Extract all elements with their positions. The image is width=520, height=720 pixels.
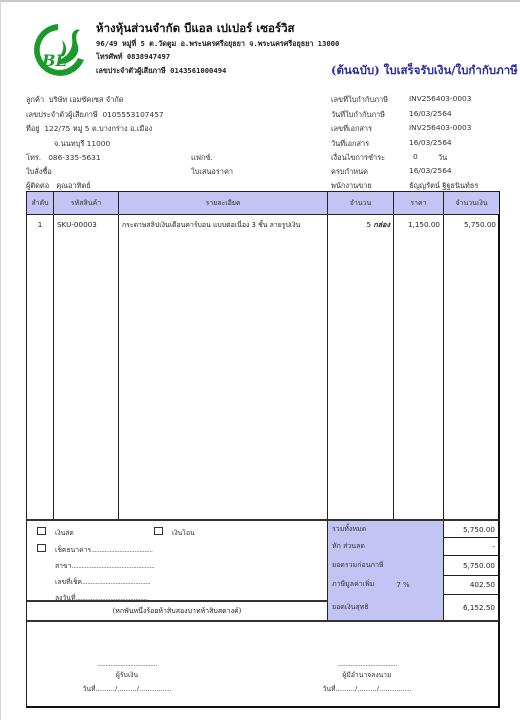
customer-address-line2: จ.นนทบุรี 11000 <box>54 138 110 150</box>
company-phone: โทรศัพท์ 0838947497 <box>96 52 170 63</box>
customer-tax-id: 0105553107457 <box>102 110 163 119</box>
summary-label-text: ยอดรวมก่อนภาษี <box>332 560 384 571</box>
cash-label: เงินสด <box>55 527 74 538</box>
col-divider <box>118 192 119 519</box>
receiver-signature: .................................... ผู้… <box>67 660 187 694</box>
authorized-signature: .................................... ผู้… <box>307 660 427 694</box>
col-divider <box>53 192 54 519</box>
signature-title: ผู้มีอำนาจลงนาม <box>307 669 427 680</box>
words-top-line <box>27 600 328 602</box>
row-qty-cell: 5 กล่อง <box>328 220 390 231</box>
customer-address-label: ที่อยู่ <box>26 124 40 133</box>
row-unit: กล่อง <box>373 220 390 229</box>
doc-info-unit: วัน <box>438 152 447 164</box>
amount-in-words: (หกพันหนึ่งร้อยห้าสิบสองบาทห้าสิบสตางค์) <box>27 606 327 617</box>
customer-tax-label: เลขประจำตัวผู้เสียภาษี <box>26 110 98 119</box>
cash-checkbox[interactable] <box>37 527 46 535</box>
header-qty: จำนวน <box>328 192 393 215</box>
customer-name: บริษัท เอมซัคเซส จำกัด <box>49 95 124 104</box>
summary-label: ยอดเงินสุทธิ <box>328 594 443 620</box>
summary-value: 402.50 <box>444 575 499 594</box>
vat-rate: 7 % <box>396 581 409 589</box>
doc-info-label: เงื่อนไขการชำระ <box>331 152 385 164</box>
row-price: 1,150.00 <box>394 220 440 229</box>
cheque-no-row: เลขที่เช็ค..............................… <box>55 576 150 587</box>
doc-info-label: วันที่เอกสาร <box>331 138 369 150</box>
company-address: 96/49 หมู่ที่ 5 ต.วัดตูม อ.พระนครศรีอยุธ… <box>96 39 339 50</box>
transfer-label: เงินโอน <box>172 527 195 538</box>
summary-value: 6,152.50 <box>444 594 499 620</box>
document-title: (ต้นฉบับ) ใบเสร็จรับเงิน/ใบกำกับภาษี <box>331 62 518 80</box>
summary-label-text: ยอดเงินสุทธิ <box>332 602 369 613</box>
summary-label: หัก ส่วนลด <box>328 537 443 555</box>
quote-label: ใบเสนอราคา <box>191 166 233 178</box>
doc-info-value: 16/03/2564 <box>409 166 452 175</box>
customer-address-row: ที่อยู่ 122/75 หมู่ 5 ต.บางกร่าง อ.เมือง <box>26 123 152 135</box>
doc-info-value: 16/03/2564 <box>409 109 452 118</box>
company-logo-icon: BL <box>28 20 90 78</box>
words-bottom-line <box>27 620 499 622</box>
company-name: ห้างหุ้นส่วนจำกัด บีแอล เปเปอร์ เซอร์วิส <box>96 20 295 38</box>
customer-tax-row: เลขประจำตัวผู้เสียภาษี 0105553107457 <box>26 109 164 121</box>
customer-phone: 086-335-5631 <box>48 153 100 162</box>
svg-text:BL: BL <box>41 51 67 70</box>
row-qty: 5 <box>367 220 372 229</box>
signature-line: .................................... <box>67 660 187 668</box>
row-no: 1 <box>27 220 53 229</box>
summary-label: ยอดรวมก่อนภาษี <box>328 555 443 575</box>
customer-address-line1: 122/75 หมู่ 5 ต.บางกร่าง อ.เมือง <box>44 124 152 133</box>
doc-info-value: 0 <box>413 152 418 161</box>
header-amount: จำนวนเงิน <box>444 192 499 215</box>
items-table: ลำดับ รหัสสินค้า รายละเอียด จำนวน ราคา จ… <box>26 191 500 708</box>
row-amount: 5,750.00 <box>444 220 496 229</box>
po-label: ใบสั่งซื้อ <box>26 166 52 178</box>
customer-phone-label: โทร. <box>26 153 41 162</box>
branch-row: สาขา....................................… <box>55 560 154 571</box>
branch-label: สาขา <box>55 562 71 570</box>
header-sku: รหัสสินค้า <box>54 192 118 215</box>
row-sku: SKU-00003 <box>57 220 97 229</box>
summary-label: รวมทั้งหมด <box>328 521 443 537</box>
summary-value: - <box>444 537 499 555</box>
signature-date: วันที่........./........./..............… <box>67 683 187 694</box>
doc-info-value: INV256403-0003 <box>409 123 471 132</box>
col-divider <box>393 192 394 519</box>
header-no: ลำดับ <box>27 192 53 215</box>
company-tax-id: เลขประจำตัวผู้เสียภาษี 0143561000494 <box>96 66 226 77</box>
doc-info-label: เลขที่ใบกำกับภาษี <box>331 94 388 106</box>
customer-name-row: ลูกค้า บริษัท เอมซัคเซส จำกัด <box>26 94 124 106</box>
doc-info-value: 16/03/2564 <box>409 138 452 147</box>
signature-title: ผู้รับเงิน <box>67 669 187 680</box>
cheque-row: เช็คธนาคาร..............................… <box>55 544 153 555</box>
cheque-no-label: เลขที่เช็ค <box>55 578 82 586</box>
summary-value: 5,750.00 <box>444 555 499 575</box>
signature-date: วันที่........./........./..............… <box>307 683 427 694</box>
doc-info-label: วันที่ใบกำกับภาษี <box>331 109 385 121</box>
customer-fax-label: แฟกซ์. <box>191 152 213 164</box>
doc-info-label: ครบกำหนด <box>331 166 368 178</box>
cheque-label: เช็คธนาคาร <box>55 546 91 554</box>
summary-label: ภาษีมูลค่าเพิ่ม7 % <box>328 575 443 594</box>
row-description: กระดาษสลิปเงินเดือนคาร์บอน แบบต่อเนื่อง … <box>122 220 300 231</box>
transfer-checkbox[interactable] <box>154 527 163 535</box>
header-description: รายละเอียด <box>119 192 327 215</box>
doc-info-label: เลขที่เอกสาร <box>331 123 372 135</box>
contact-name: คุณอาทิตย์ <box>56 181 90 190</box>
summary-label-text: รวมทั้งหมด <box>332 524 366 535</box>
invoice-page: BL ห้างหุ้นส่วนจำกัด บีแอล เปเปอร์ เซอร์… <box>0 0 520 720</box>
summary-value: 5,750.00 <box>444 521 499 537</box>
doc-info-value: INV256403-0003 <box>409 94 471 103</box>
header-price: ราคา <box>394 192 443 215</box>
customer-phone-row: โทร. 086-335-5631 <box>26 152 101 164</box>
signature-line: .................................... <box>307 660 427 668</box>
customer-name-label: ลูกค้า <box>26 95 44 104</box>
summary-label-text: ภาษีมูลค่าเพิ่ม <box>332 579 374 590</box>
summary-label-text: หัก ส่วนลด <box>332 541 365 552</box>
cheque-checkbox[interactable] <box>37 544 46 552</box>
contact-label: ผู้ติดต่อ <box>26 181 49 190</box>
